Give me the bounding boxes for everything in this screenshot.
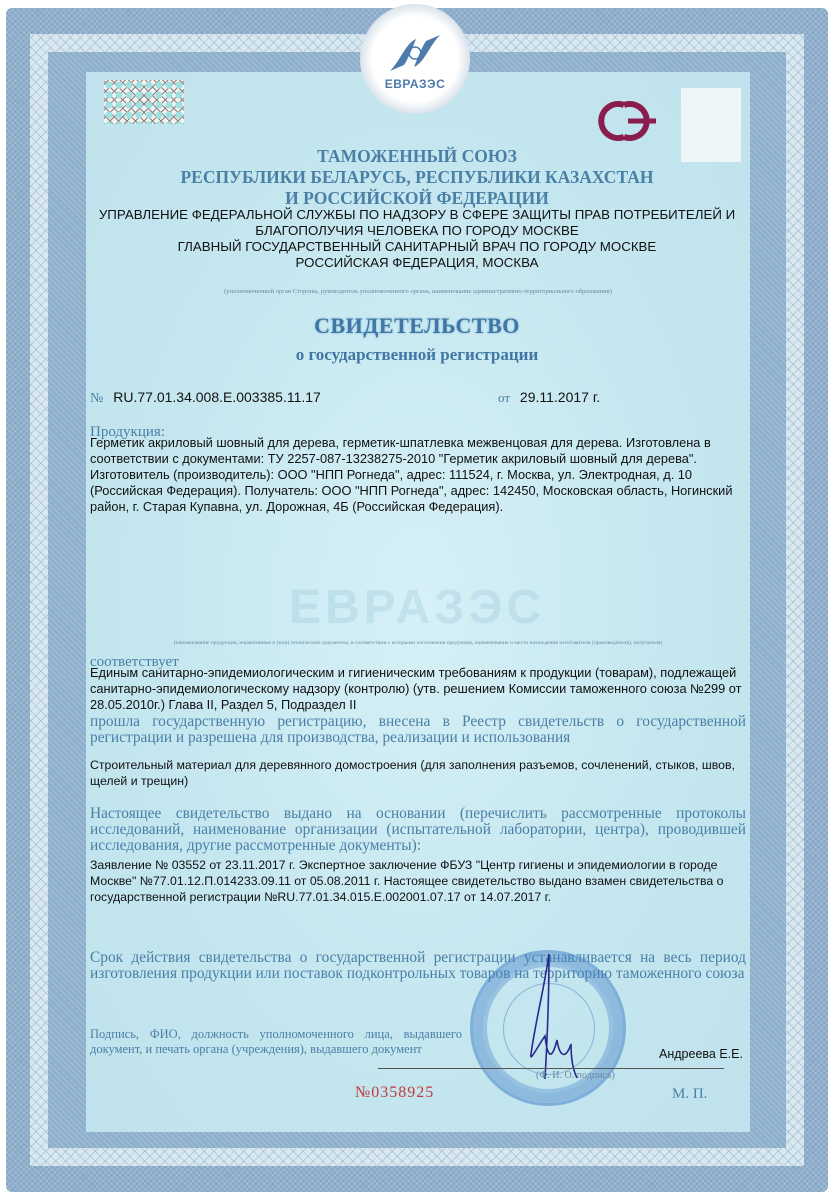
registration-status: прошла государственную регистрацию, внес… (90, 714, 746, 746)
certificate-title: СВИДЕТЕЛЬСТВО (100, 313, 734, 339)
agency-line: УПРАВЛЕНИЕ ФЕДЕРАЛЬНОЙ СЛУЖБЫ ПО НАДЗОРУ… (96, 207, 738, 223)
form-serial-number: №0358925 (355, 1084, 434, 1102)
customs-union-heading: ТАМОЖЕННЫЙ СОЮЗ РЕСПУБЛИКИ БЕЛАРУСЬ, РЕС… (100, 146, 734, 209)
handwritten-signature-icon (505, 944, 595, 1084)
evrazes-watermark: ЕВРАЗЭС (262, 510, 572, 650)
issue-basis: Настоящее свидетельство выдано на основа… (90, 806, 746, 854)
product-usage: Строительный материал для деревянного до… (90, 757, 750, 789)
conformity-text: Единым санитарно-эпидемиологическим и ги… (90, 665, 750, 713)
product-description: Герметик акриловый шовный для дерева, ге… (90, 435, 750, 515)
certificate-subtitle: о государственной регистрации (100, 345, 734, 365)
agency-line: БЛАГОПОЛУЧИЯ ЧЕЛОВЕКА ПО ГОРОДУ МОСКВЕ (96, 223, 738, 239)
evrazes-emblem: ЕВРАЗЭС (360, 4, 470, 114)
hologram-sticker (104, 80, 184, 124)
registration-number-value: RU.77.01.34.008.E.003385.11.17 (113, 389, 321, 405)
agency-line: ГЛАВНЫЙ ГОСУДАРСТВЕННЫЙ САНИТАРНЫЙ ВРАЧ … (96, 239, 738, 255)
evrazes-swallow-icon (386, 31, 444, 75)
registration-date-value: 29.11.2017 г. (520, 389, 600, 405)
basis-documents: Заявление № 03552 от 23.11.2017 г. Экспе… (90, 857, 750, 905)
date-prefix: от (498, 390, 510, 405)
signature-label: Подпись, ФИО, должность уполномоченного … (90, 1027, 462, 1057)
product-caption: (наименование продукции, нормативные и (… (90, 640, 746, 646)
validity-period: Срок действия свидетельства о государств… (90, 950, 746, 982)
issuing-agency: УПРАВЛЕНИЕ ФЕДЕРАЛЬНОЙ СЛУЖБЫ ПО НАДЗОРУ… (96, 207, 738, 271)
number-sign: № (90, 391, 103, 406)
registration-number: № RU.77.01.34.008.E.003385.11.17 (90, 389, 321, 407)
union-line: РЕСПУБЛИКИ БЕЛАРУСЬ, РЕСПУБЛИКИ КАЗАХСТА… (100, 167, 734, 188)
fio-caption: (Ф. И. О. подпись) (536, 1070, 615, 1081)
signature-line (378, 1068, 724, 1069)
signer-name: Андреева Е.Е. (659, 1047, 743, 1061)
agency-line: РОССИЙСКАЯ ФЕДЕРАЦИЯ, МОСКВА (96, 255, 738, 271)
seal-place-mark: М. П. (672, 1086, 707, 1103)
se-sanitary-mark-icon (594, 97, 662, 145)
emblem-text: ЕВРАЗЭС (385, 77, 446, 91)
registration-date: от 29.11.2017 г. (498, 389, 600, 406)
union-line: ТАМОЖЕННЫЙ СОЮЗ (100, 146, 734, 167)
union-line: И РОССИЙСКОЙ ФЕДЕРАЦИИ (100, 188, 734, 209)
agency-caption: (уполномоченный орган Стороны, руководит… (90, 288, 746, 295)
watermark-text: ЕВРАЗЭС (262, 580, 572, 635)
